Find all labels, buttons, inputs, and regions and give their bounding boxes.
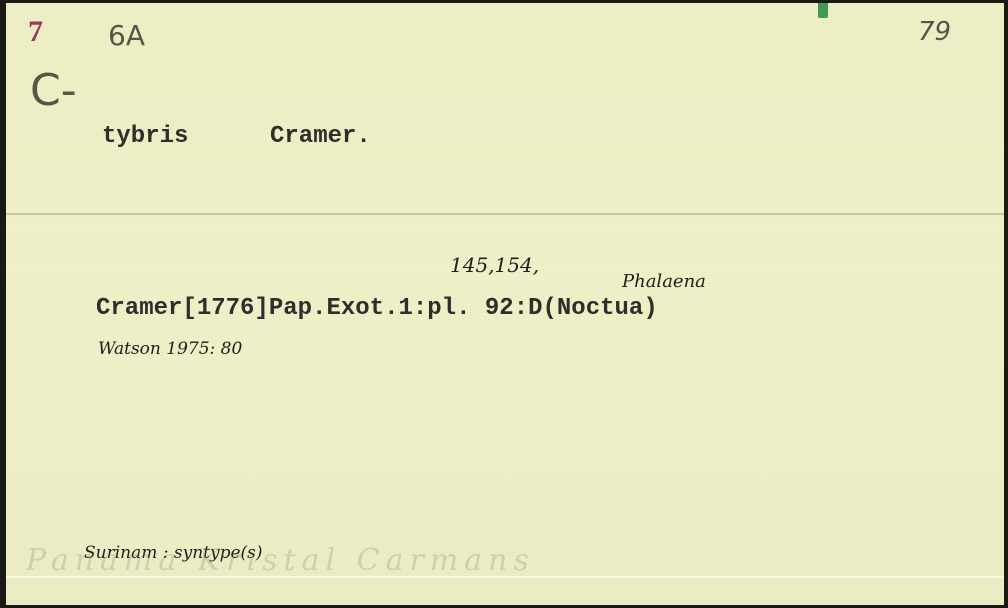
pages-annotation: 145,154, xyxy=(450,253,539,277)
ref-year: [1776] xyxy=(182,295,268,322)
faint-erased-text: Panama Kristal Carmans xyxy=(26,543,535,578)
green-tab-marker xyxy=(818,3,828,18)
card-number: 79 xyxy=(918,17,951,47)
ref-genus: (Noctua) xyxy=(543,295,658,322)
corner-number: 7 xyxy=(28,15,43,49)
ref-author: Cramer xyxy=(96,295,182,322)
ref-volume: 1 xyxy=(398,295,412,322)
ref-plate: pl. 92:D xyxy=(427,295,542,322)
header-rule-line xyxy=(6,213,1004,215)
watson-annotation: Watson 1975: 80 xyxy=(98,339,242,359)
ref-separator: : xyxy=(413,295,427,322)
genus-annotation: Phalaena xyxy=(622,271,706,292)
index-card: 7 6A 79 C- tybris Cramer. Cramer[1776]Pa… xyxy=(6,3,1004,605)
reference-line: Cramer[1776]Pap.Exot.1:pl. 92:D(Noctua) xyxy=(96,295,658,322)
species-name: tybris xyxy=(102,123,188,150)
ref-publication: Pap.Exot. xyxy=(269,295,399,322)
species-author: Cramer. xyxy=(270,123,371,150)
drawer-code: 6A xyxy=(108,19,145,52)
letter-mark: C- xyxy=(30,65,77,116)
